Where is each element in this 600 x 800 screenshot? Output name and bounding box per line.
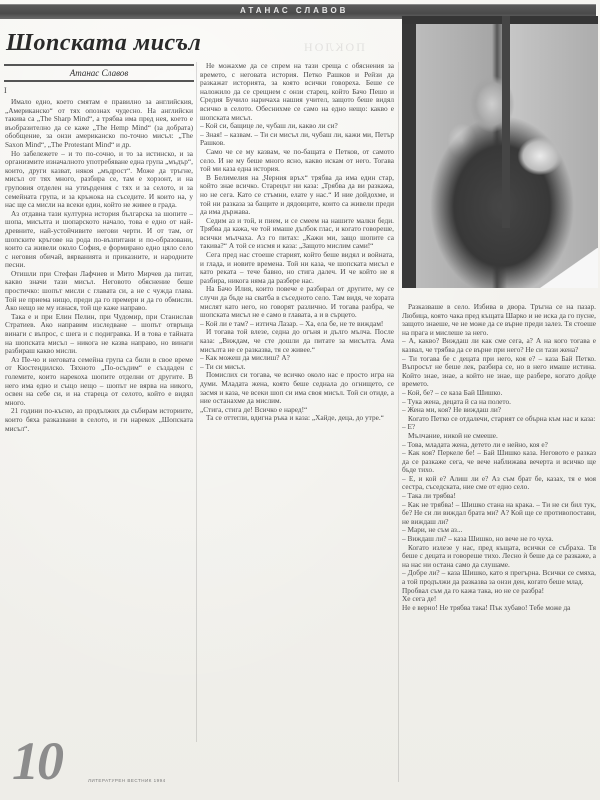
paragraph: Когато Петко се отдалечи, старият се объ…	[402, 415, 596, 424]
paragraph: Аз Пе-чо и неговата семейна група са бил…	[5, 356, 193, 408]
paragraph: Само че се му казвам, че по-бащата е Пет…	[200, 148, 394, 174]
paragraph: Но забележете – и то по-сочно, и то за и…	[5, 150, 193, 210]
footer-caption: ЛИТЕРАТУРЕН ВЕСТНИК 1994	[88, 778, 166, 783]
paragraph: И тогава той влезе, седна до огъня и дъл…	[200, 328, 394, 354]
dialogue-line: – Добре ли? – каза Шишко, като я прегърн…	[402, 569, 596, 586]
paragraph: На Бачо Илия, които повече е разбирал от…	[200, 285, 394, 319]
bleed-through-text: ПОКЛОН	[302, 40, 365, 55]
dialogue-line: – Е, и кой е? Алиш ли е? Аз съм брат бе,…	[402, 475, 596, 492]
dialogue-line: – Ти тогава бе с децата при него, коя е?…	[402, 355, 596, 389]
paragraph: Отишли при Стефан Лафчиев и Мито Мирчев …	[5, 270, 193, 313]
dialogue-line: Не е верно! Не трябва така! Пък хубаво! …	[402, 604, 596, 613]
paragraph: Аз отдавна тази културна история българс…	[5, 210, 193, 270]
column-right: Разказваше в село. Избива в двора. Тръгн…	[402, 303, 596, 783]
paragraph: Когато излезе у нас, пред къщата, всички…	[402, 544, 596, 570]
section-marker: I	[4, 86, 7, 95]
column-divider-right	[398, 62, 399, 782]
page-number: 10	[12, 730, 62, 792]
dialogue-line: – А, какво? Виждаш ли как сме сега, а? А…	[402, 337, 596, 354]
paragraph: Имало едно, което смятам е правилно за а…	[5, 98, 193, 150]
column-divider-left	[196, 62, 197, 742]
article-byline: Атанас Славов	[4, 68, 194, 78]
column-middle: Не можахме да се спрем на тази среща с о…	[200, 62, 394, 774]
paragraph: Не можахме да се спрем на тази среща с о…	[200, 62, 394, 122]
photo-diagonal-cut	[538, 248, 598, 288]
byline-rule-top	[4, 64, 194, 66]
article-photo	[402, 16, 598, 288]
byline-rule-bottom	[4, 80, 194, 82]
paragraph: Сега пред нас стоеше старият, който беше…	[200, 251, 394, 285]
dialogue-line: – Как не трябва! – Шишко стана на крака.…	[402, 501, 596, 527]
paragraph: Така е и при Елин Пелин, при Чудомир, пр…	[5, 313, 193, 356]
dialogue-line: – Зная! – казвам. – Ти си мисъл ли, чуба…	[200, 131, 394, 148]
newspaper-page: АТАНАС СЛАВОВ ПОКЛОН Шопската мисъл Атан…	[0, 0, 600, 800]
paragraph: Разказваше в село. Избива в двора. Тръгн…	[402, 303, 596, 337]
article-title: Шопската мисъл	[6, 30, 201, 57]
paragraph: Седим аз и той, и пием, и се смеем на на…	[200, 217, 394, 251]
paragraph: Помислих си тогава, че всичко около нас …	[200, 371, 394, 405]
photo-window-frame	[402, 16, 598, 24]
paragraph: В Белимелия на „Черния връх“ трябва да и…	[200, 174, 394, 217]
dialogue-line: – Как коя? Перкеле бе! – Бай Шишко каза.…	[402, 449, 596, 475]
paragraph: Та се оттегли, вдигна ръка и каза: „Хайд…	[200, 414, 394, 423]
photo-window-mullion	[502, 16, 510, 228]
column-left: Имало едно, което смятам е правилно за а…	[5, 98, 193, 738]
paragraph: 21 години по-късно, аз продължих да съби…	[5, 407, 193, 433]
header-band-text: АТАНАС СЛАВОВ	[240, 6, 348, 15]
